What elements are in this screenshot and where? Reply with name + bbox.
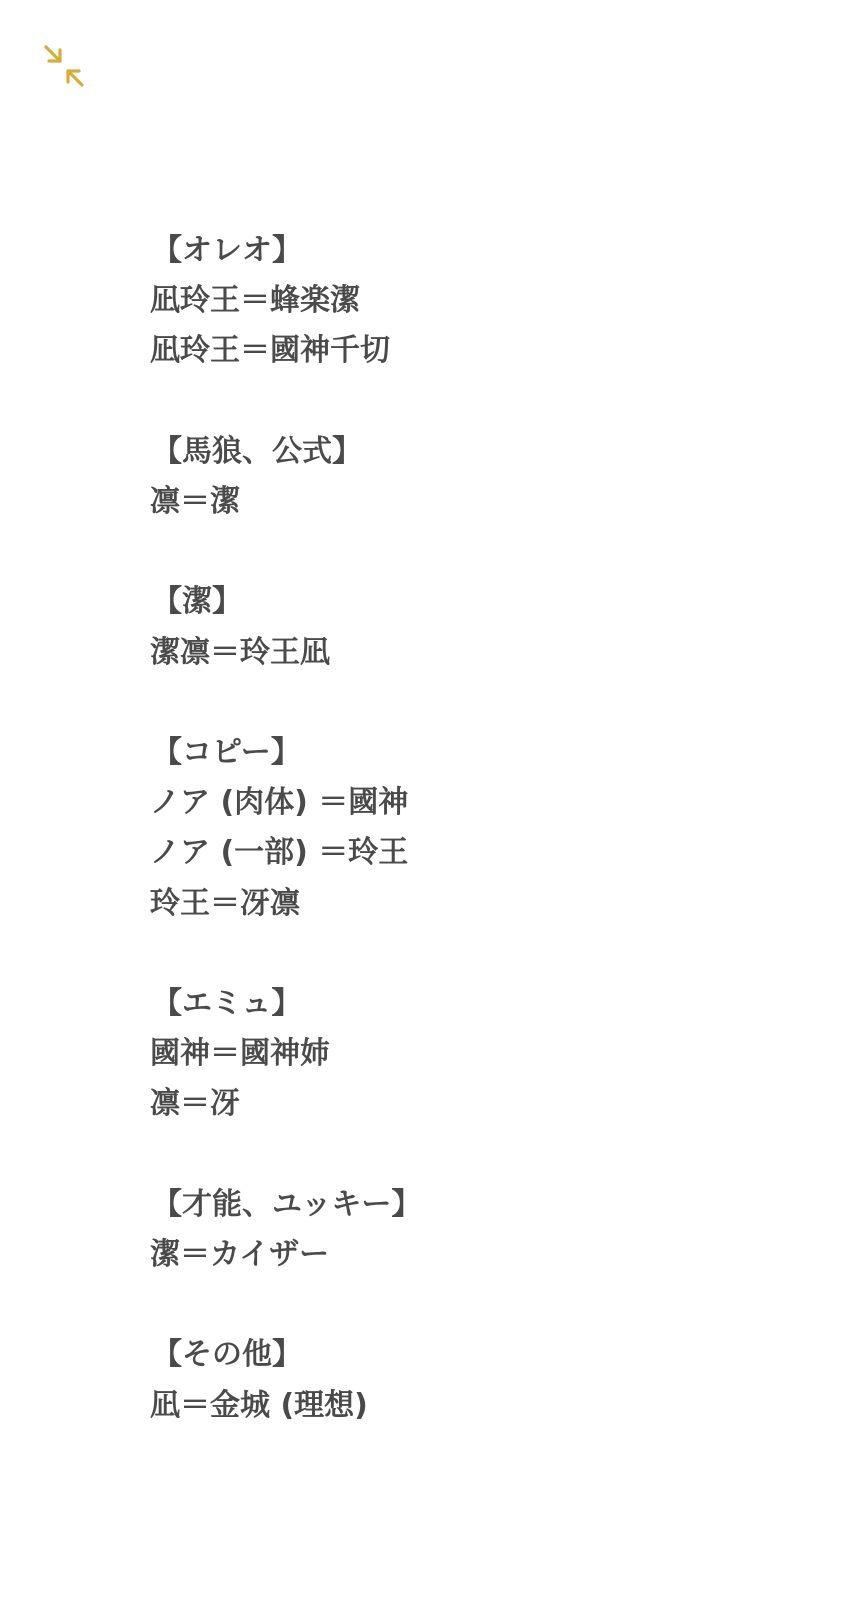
- section-line: 潔凛＝玲王凪: [150, 628, 421, 678]
- collapse-arrows-icon[interactable]: [40, 42, 88, 90]
- section-talent-yukki: 【才能、ユッキー】 潔＝カイザー: [150, 1180, 421, 1280]
- section-copy: 【コピー】 ノア (肉体) ＝國神 ノア (一部) ＝玲王 玲王＝冴凛: [150, 728, 421, 929]
- section-line: 國神＝國神姉: [150, 1029, 421, 1079]
- section-heading: 【エミュ】: [152, 979, 421, 1029]
- section-heading: 【オレオ】: [152, 226, 421, 276]
- section-line: 凪玲王＝蜂楽潔: [150, 276, 421, 326]
- section-isagi: 【潔】 潔凛＝玲王凪: [150, 577, 421, 677]
- section-heading: 【潔】: [152, 577, 421, 627]
- section-oreo: 【オレオ】 凪玲王＝蜂楽潔 凪玲王＝國神千切: [150, 226, 421, 377]
- section-line: 凪＝金城 (理想): [150, 1381, 421, 1431]
- section-line: 玲王＝冴凛: [150, 879, 421, 929]
- section-other: 【その他】 凪＝金城 (理想): [150, 1330, 421, 1430]
- section-line: 凪玲王＝國神千切: [150, 326, 421, 376]
- section-line: ノア (一部) ＝玲王: [150, 828, 421, 878]
- section-heading: 【才能、ユッキー】: [152, 1180, 421, 1230]
- section-line: ノア (肉体) ＝國神: [150, 778, 421, 828]
- section-line: 凛＝冴: [150, 1079, 421, 1129]
- document-body: 【オレオ】 凪玲王＝蜂楽潔 凪玲王＝國神千切 【馬狼、公式】 凛＝潔 【潔】 潔…: [150, 226, 421, 1481]
- section-heading: 【その他】: [152, 1330, 421, 1380]
- section-emu: 【エミュ】 國神＝國神姉 凛＝冴: [150, 979, 421, 1130]
- section-line: 潔＝カイザー: [150, 1230, 421, 1280]
- section-barou-official: 【馬狼、公式】 凛＝潔: [150, 427, 421, 527]
- section-heading: 【コピー】: [152, 728, 421, 778]
- section-line: 凛＝潔: [150, 477, 421, 527]
- section-heading: 【馬狼、公式】: [152, 427, 421, 477]
